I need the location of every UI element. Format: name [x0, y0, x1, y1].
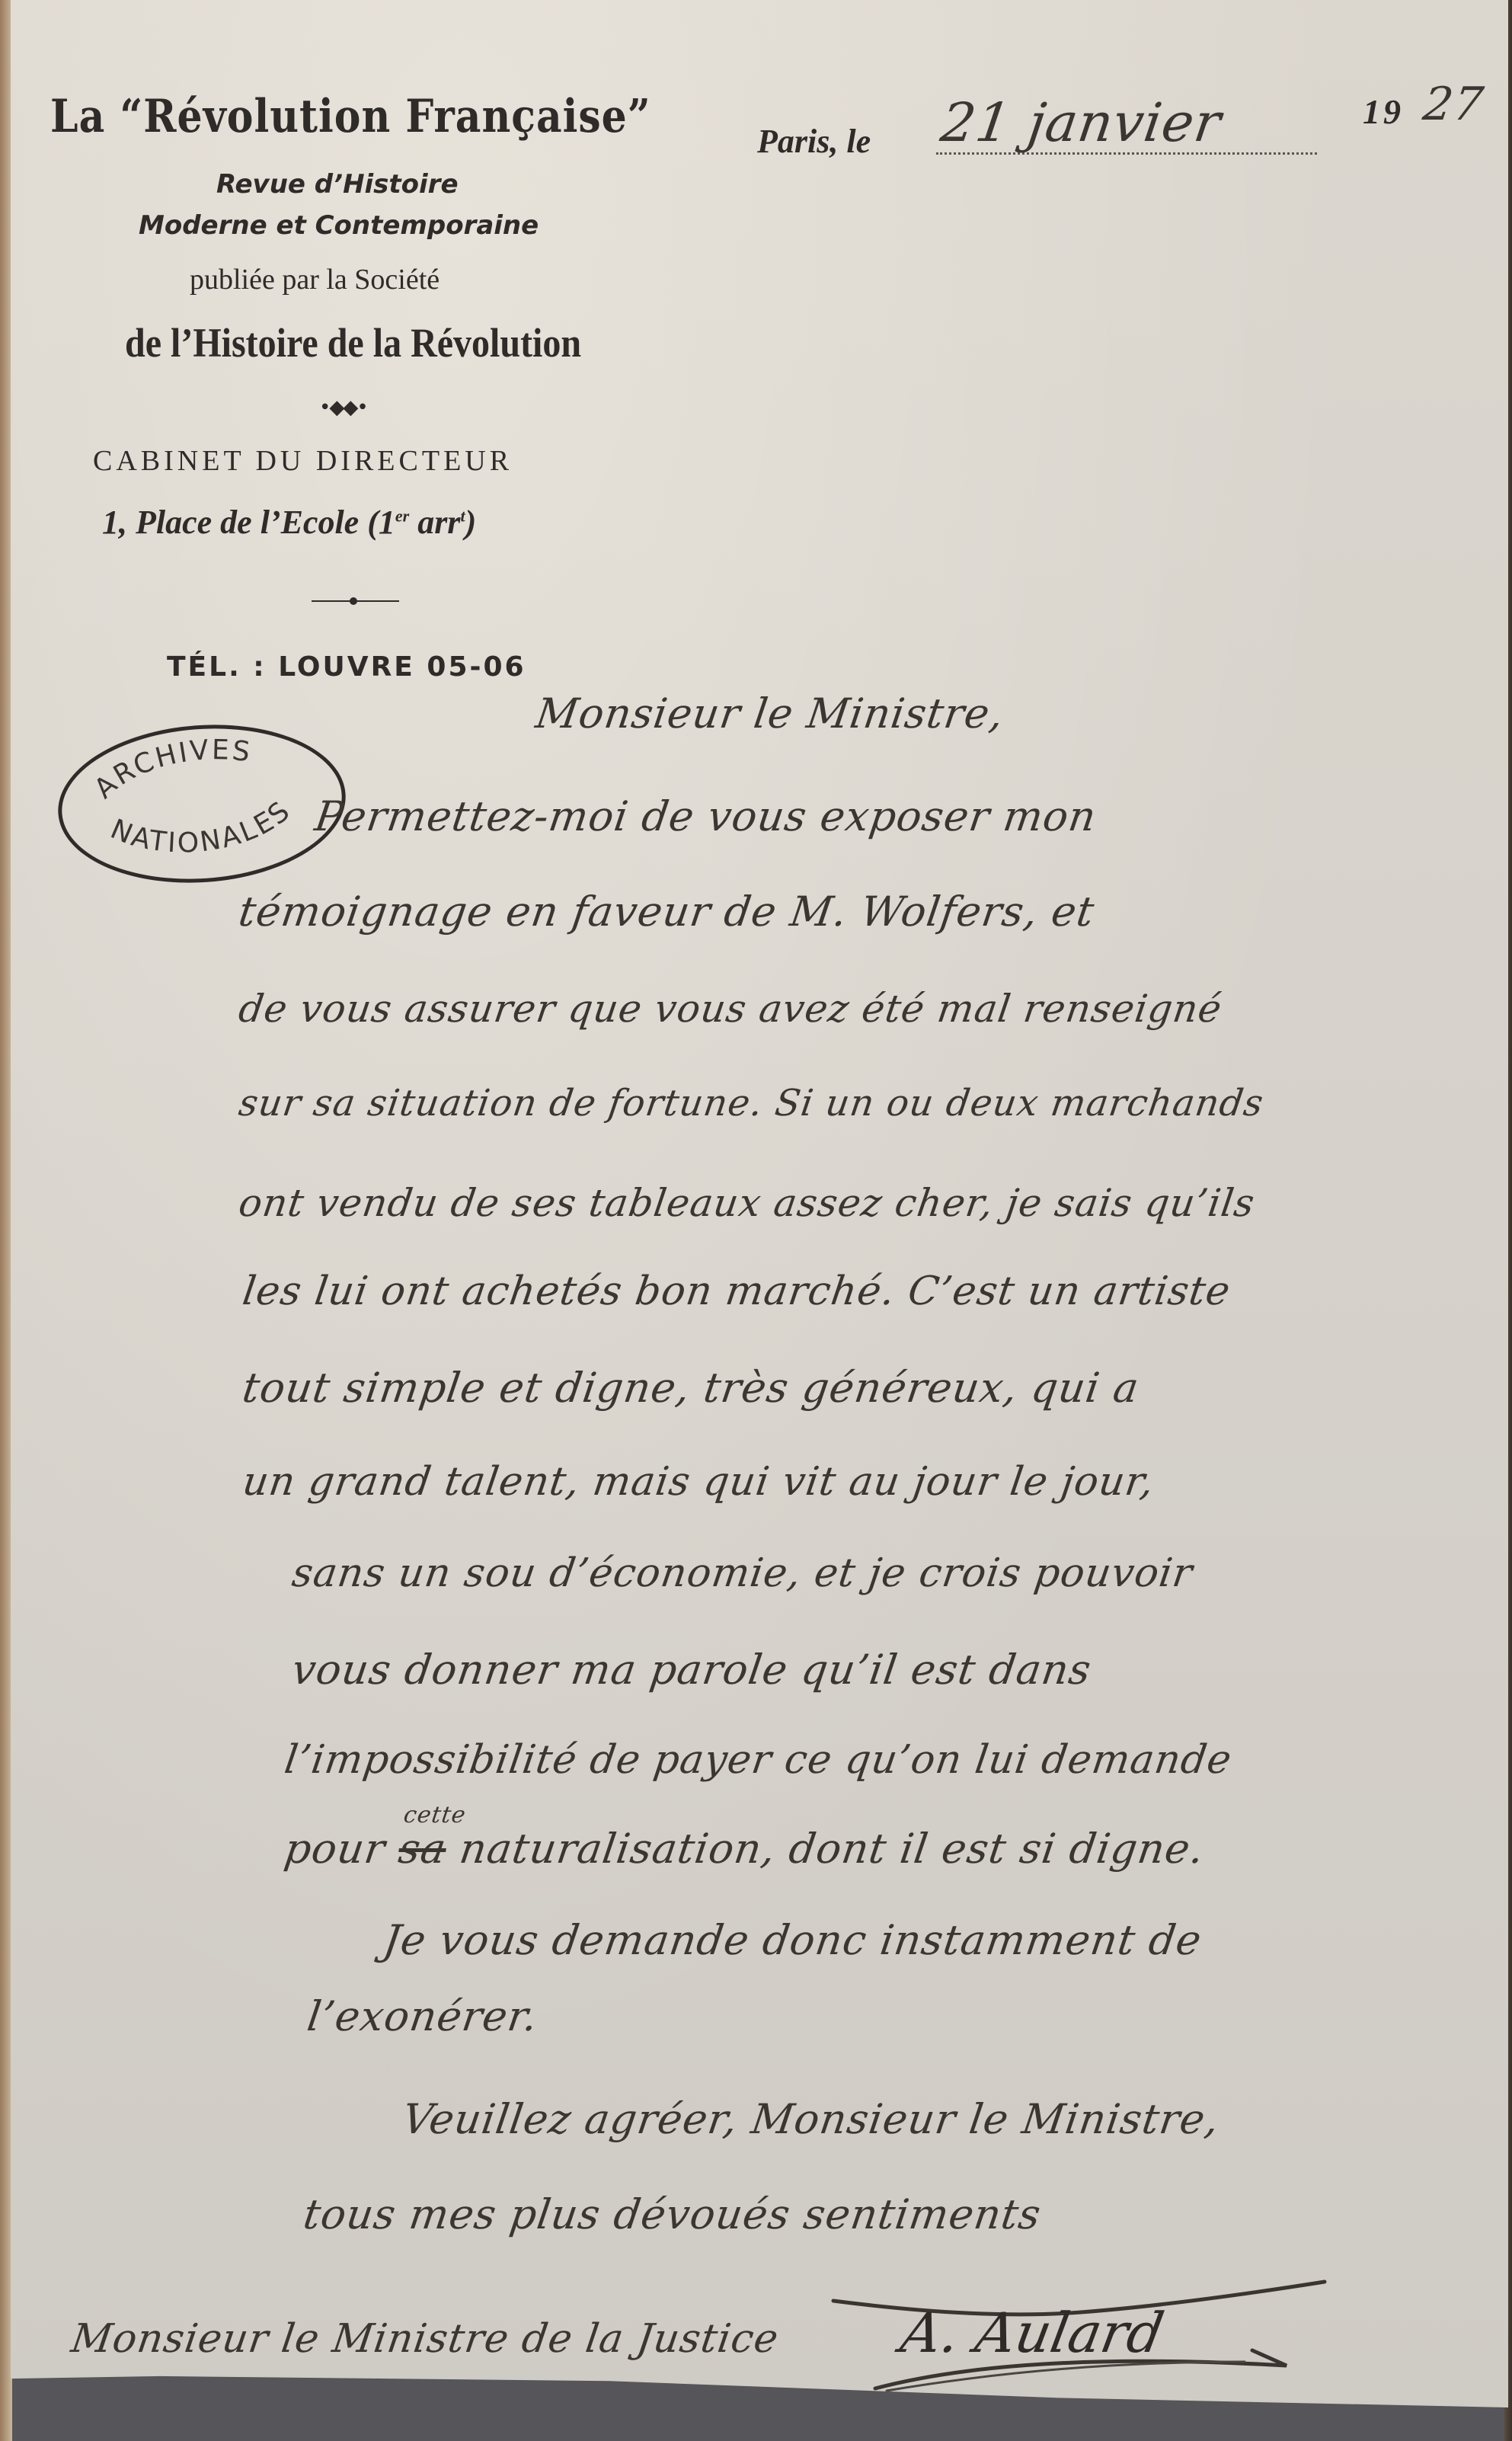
letterhead-address: 1, Place de l’Ecole (1er arrt) — [102, 503, 476, 542]
stamp-bottom-text: NATIONALES — [104, 793, 299, 865]
letterhead-subtitle-revue: Revue d’Histoire — [216, 169, 459, 200]
stamp-top-text: ARCHIVES — [86, 731, 258, 806]
line-start: pour — [282, 1825, 403, 1873]
body-line: sur sa situation de fortune. Si un ou de… — [236, 1082, 1266, 1125]
letterhead-subtitle-societe: de l’Histoire de la Révolution — [125, 320, 581, 367]
struck-word: sa — [395, 1825, 449, 1873]
stamp-text-icon: ARCHIVES NATIONALES — [57, 719, 347, 888]
letterhead-subtitle-moderne: Moderne et Contemporaine — [139, 210, 539, 241]
line-rest: naturalisation, dont il est si digne. — [443, 1825, 1207, 1873]
body-line: Permettez-moi de vous exposer mon — [312, 792, 1100, 840]
body-line: les lui ont achetés bon marché. C’est un… — [240, 1268, 1234, 1314]
address-main: 1, Place de l’Ecole (1 — [102, 504, 395, 541]
photo-background-left — [0, 0, 12, 2441]
svg-text:NATIONALES: NATIONALES — [104, 793, 299, 865]
body-line: sans un sou d’économie, et je crois pouv… — [289, 1550, 1196, 1596]
address-close: ) — [465, 504, 477, 541]
closing-line-1: Veuillez agréer, Monsieur le Ministre, — [400, 2095, 1223, 2143]
body-line: vous donner ma parole qu’il est dans — [289, 1646, 1095, 1694]
paragraph-2-line-2: l’exonérer. — [305, 1992, 542, 2040]
closing-line-2: tous mes plus dévoués sentiments — [301, 2190, 1044, 2238]
body-line: un grand talent, mais qui vit au jour le… — [240, 1459, 1158, 1505]
signature-name: A. Aulard — [897, 2301, 1168, 2365]
letterhead-title: La “Révolution Française” — [50, 90, 651, 143]
body-line-correction: pour sacette naturalisation, dont il est… — [282, 1825, 1208, 1873]
salutation: Monsieur le Ministre, — [533, 689, 1007, 737]
body-line: l’impossibilité de payer ce qu’on lui de… — [282, 1737, 1235, 1783]
dateline-year-handwritten: 27 — [1420, 78, 1487, 131]
archives-stamp: ARCHIVES NATIONALES — [53, 715, 350, 892]
inserted-word: cette — [402, 1802, 468, 1828]
body-line: ont vendu de ses tableaux assez cher, je… — [236, 1181, 1258, 1225]
recipient-line: Monsieur le Ministre de la Justice — [69, 2316, 782, 2362]
address-sup-er: er — [395, 506, 409, 525]
dateline-place: Paris, le — [757, 122, 871, 161]
body-line: de vous assurer que vous avez été mal re… — [236, 987, 1225, 1031]
dateline-date: 21 janvier — [937, 91, 1225, 154]
letterhead-subtitle-publiee: publiée par la Société — [190, 263, 440, 296]
signature: A. Aulard — [830, 2278, 1332, 2392]
body-line: tout simple et digne, très généreux, qui… — [240, 1364, 1143, 1412]
body-line: témoignage en faveur de M. Wolfers, et — [236, 888, 1098, 936]
letterhead-phone: TÉL. : LOUVRE 05-06 — [167, 651, 526, 683]
svg-text:ARCHIVES: ARCHIVES — [86, 731, 258, 806]
dateline-year-printed: 19 — [1363, 91, 1404, 132]
letterhead-office: CABINET DU DIRECTEUR — [93, 444, 513, 478]
paragraph-2-line-1: Je vous demande donc instamment de — [381, 1916, 1205, 1964]
ornament-icon: •◆◆• — [319, 396, 367, 419]
address-arr: arr — [409, 504, 460, 541]
letter-sheet: La “Révolution Française” Revue d’Histoi… — [11, 0, 1508, 2407]
divider-icon — [312, 600, 399, 603]
